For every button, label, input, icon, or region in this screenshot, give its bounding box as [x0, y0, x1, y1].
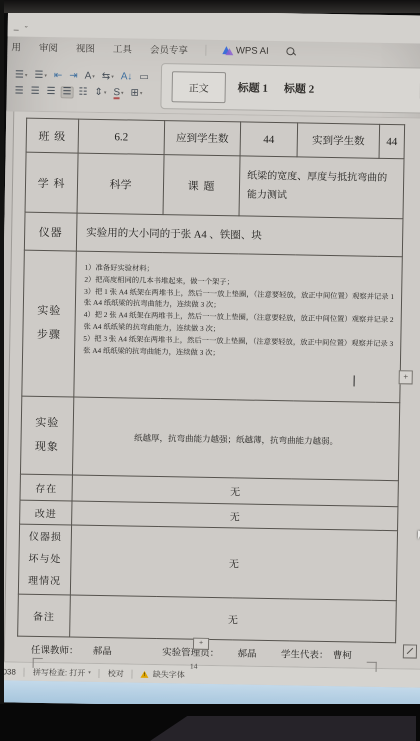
toolbar-row-1: ☰▾ ☰▾ ⇤ ⇥ A▾ ⇆▾ A↓ ▭ — [13, 69, 151, 83]
table-row: 学 科 科学 课 题 纸梁的宽度、厚度与抵抗弯曲的能力测试 — [25, 152, 404, 219]
laptop-base-reflection — [150, 716, 416, 741]
table-row: 备注 无 — [18, 594, 397, 643]
align-center-icon[interactable]: ☰ — [29, 86, 42, 98]
damage-label: 仪器损坏与处理情况 — [27, 526, 62, 593]
screen-top-bezel — [0, 0, 420, 13]
remarks-label-cell[interactable]: 备注 — [18, 594, 71, 637]
expected-students-value-cell[interactable]: 44 — [240, 122, 298, 157]
student-rep-name: 曹柯 — [333, 647, 352, 661]
student-rep-label: 学生代表： — [281, 646, 329, 661]
style-item-body-text[interactable]: 正文 — [171, 71, 226, 103]
toolbar-icon-grid: ☰▾ ☰▾ ⇤ ⇥ A▾ ⇆▾ A↓ ▭ ☰ ☰ ☰ ☰ ☷ ⇕▾ S▾ — [13, 69, 151, 100]
steps-label-cell[interactable]: 实验步骤 — [22, 250, 77, 397]
table-row: 实验现象 纸越厚，抗弯曲能力越强；纸越薄，抗弯曲能力越弱。 — [20, 396, 399, 481]
character-scale-icon[interactable]: A▾ — [83, 70, 97, 82]
instrument-value-cell[interactable]: 实验用的大小同的于张 A4 、铁圈、块 — [76, 213, 403, 257]
phenomena-label-cell[interactable]: 实验现象 — [20, 396, 73, 475]
teacher-label: 任课教师： — [31, 642, 79, 657]
problems-label-cell[interactable]: 存在 — [20, 474, 72, 501]
warning-icon — [141, 670, 149, 677]
table-row: 实验步骤 1）准备好实验材料； 2）把高度相同的几本书堆起来，做一个架子； 3）… — [22, 250, 402, 403]
formatting-toolbar: ☰▾ ☰▾ ⇤ ⇥ A▾ ⇆▾ A↓ ▭ ☰ ☰ ☰ ☰ ☷ ⇕▾ S▾ — [6, 56, 420, 118]
numbered-list-icon[interactable]: ☰▾ — [32, 69, 49, 81]
actual-students-value-cell[interactable]: 44 — [379, 124, 405, 158]
lab-manager-label: 实验管理员： — [162, 644, 219, 659]
screen-left-bezel — [0, 0, 4, 708]
class-value-cell[interactable]: 6.2 — [78, 119, 165, 154]
style-item-heading-1[interactable]: 标题 1 — [238, 79, 269, 96]
table-add-column-button[interactable]: + — [399, 370, 413, 384]
phenomena-label: 实验现象 — [34, 412, 61, 459]
table-add-row-button[interactable]: + — [193, 638, 209, 650]
menu-item-view[interactable]: 视图 — [76, 41, 95, 55]
expected-students-label-cell[interactable]: 应到学生数 — [164, 121, 241, 156]
justify-icon[interactable]: ☰ — [60, 86, 73, 98]
table-row: 仪器 实验用的大小同的于张 A4 、铁圈、块 — [24, 212, 403, 257]
text-cursor — [354, 375, 355, 386]
shading-icon[interactable]: S▾ — [111, 87, 125, 100]
text-direction-icon[interactable]: ⇆▾ — [100, 70, 116, 82]
menu-item-reference[interactable]: 用 — [11, 39, 21, 53]
subject-label-cell[interactable]: 学 科 — [25, 152, 78, 213]
photo-of-screen: – ˇ 用 审阅 视图 工具 会员专享 WPS AI ☰▾ ☰▾ ⇤ — [0, 0, 420, 741]
align-left-icon[interactable]: ☰ — [13, 85, 26, 97]
align-right-icon[interactable]: ☰ — [44, 86, 57, 98]
document-page[interactable]: 班 级 6.2 应到学生数 44 实到学生数 44 学 科 科学 课 题 纸梁的… — [4, 111, 420, 668]
quick-access-minimize-icon[interactable]: – — [14, 24, 19, 34]
phenomena-value-cell[interactable]: 纸越厚，抗弯曲能力越强；纸越薄，抗弯曲能力越弱。 — [72, 397, 399, 481]
menu-item-membership[interactable]: 会员专享 — [150, 42, 188, 57]
text-frame-icon[interactable]: ▭ — [137, 71, 151, 83]
wps-ai-label: WPS AI — [236, 45, 269, 57]
remarks-value-cell[interactable]: 无 — [70, 595, 397, 643]
table-resize-handle[interactable] — [403, 644, 417, 658]
toolbar-row-2: ☰ ☰ ☰ ☰ ☷ ⇕▾ S▾ ⊞▾ — [13, 85, 151, 100]
menu-item-tools[interactable]: 工具 — [113, 41, 132, 55]
steps-label: 实验步骤 — [36, 300, 63, 347]
style-gallery: 正文 标题 1 标题 2 ▴ ▾ — [160, 63, 420, 114]
distribute-icon[interactable]: ☷ — [76, 87, 89, 99]
wps-writer-window: – ˇ 用 审阅 视图 工具 会员专享 WPS AI ☰▾ ☰▾ ⇤ — [0, 8, 420, 709]
lab-manager-name: 郝晶 — [237, 645, 256, 659]
line-spacing-icon[interactable]: ⇕▾ — [92, 87, 108, 99]
borders-icon[interactable]: ⊞▾ — [128, 87, 144, 99]
increase-indent-icon[interactable]: ⇥ — [67, 70, 80, 82]
spell-check-dropdown-icon[interactable]: ▾ — [88, 670, 91, 676]
word-count-fragment[interactable]: 038 — [2, 667, 16, 676]
status-divider — [132, 669, 133, 678]
instrument-label-cell[interactable]: 仪器 — [24, 212, 77, 251]
improvement-label-cell[interactable]: 改进 — [20, 500, 72, 525]
damage-label-cell[interactable]: 仪器损坏与处理情况 — [18, 524, 71, 595]
search-icon[interactable] — [287, 47, 296, 56]
actual-students-label-cell[interactable]: 实到学生数 — [297, 123, 380, 158]
decrease-indent-icon[interactable]: ⇤ — [52, 70, 65, 82]
menu-divider — [205, 44, 206, 55]
bullet-list-icon[interactable]: ☰▾ — [13, 69, 30, 81]
wps-ai-logo-icon — [222, 46, 232, 55]
status-divider — [24, 667, 25, 676]
style-item-heading-2[interactable]: 标题 2 — [284, 80, 315, 97]
damage-value-cell[interactable]: 无 — [70, 525, 397, 601]
wps-ai-button[interactable]: WPS AI — [222, 45, 269, 57]
topic-label-cell[interactable]: 课 题 — [163, 155, 240, 216]
status-divider — [99, 669, 100, 678]
step-line: 5）把 3 张 A4 纸架在两堆书上，然后一一放上垫圈，（注意要轻放，放正中间位… — [83, 333, 394, 362]
experiment-record-table: 班 级 6.2 应到学生数 44 实到学生数 44 学 科 科学 课 题 纸梁的… — [17, 118, 404, 644]
quick-access-dropdown-icon[interactable]: ˇ — [25, 25, 28, 35]
table-row: 仪器损坏与处理情况 无 — [18, 524, 397, 601]
teacher-name: 郝晶 — [93, 643, 112, 657]
menu-item-review[interactable]: 审阅 — [39, 40, 58, 54]
topic-value-cell[interactable]: 纸梁的宽度、厚度与抵抗弯曲的能力测试 — [239, 156, 404, 219]
subject-value-cell[interactable]: 科学 — [77, 153, 164, 214]
document-area: 班 级 6.2 应到学生数 44 实到学生数 44 学 科 科学 课 题 纸梁的… — [0, 111, 420, 668]
sort-icon[interactable]: A↓ — [119, 71, 135, 83]
class-label-cell[interactable]: 班 级 — [26, 118, 79, 153]
